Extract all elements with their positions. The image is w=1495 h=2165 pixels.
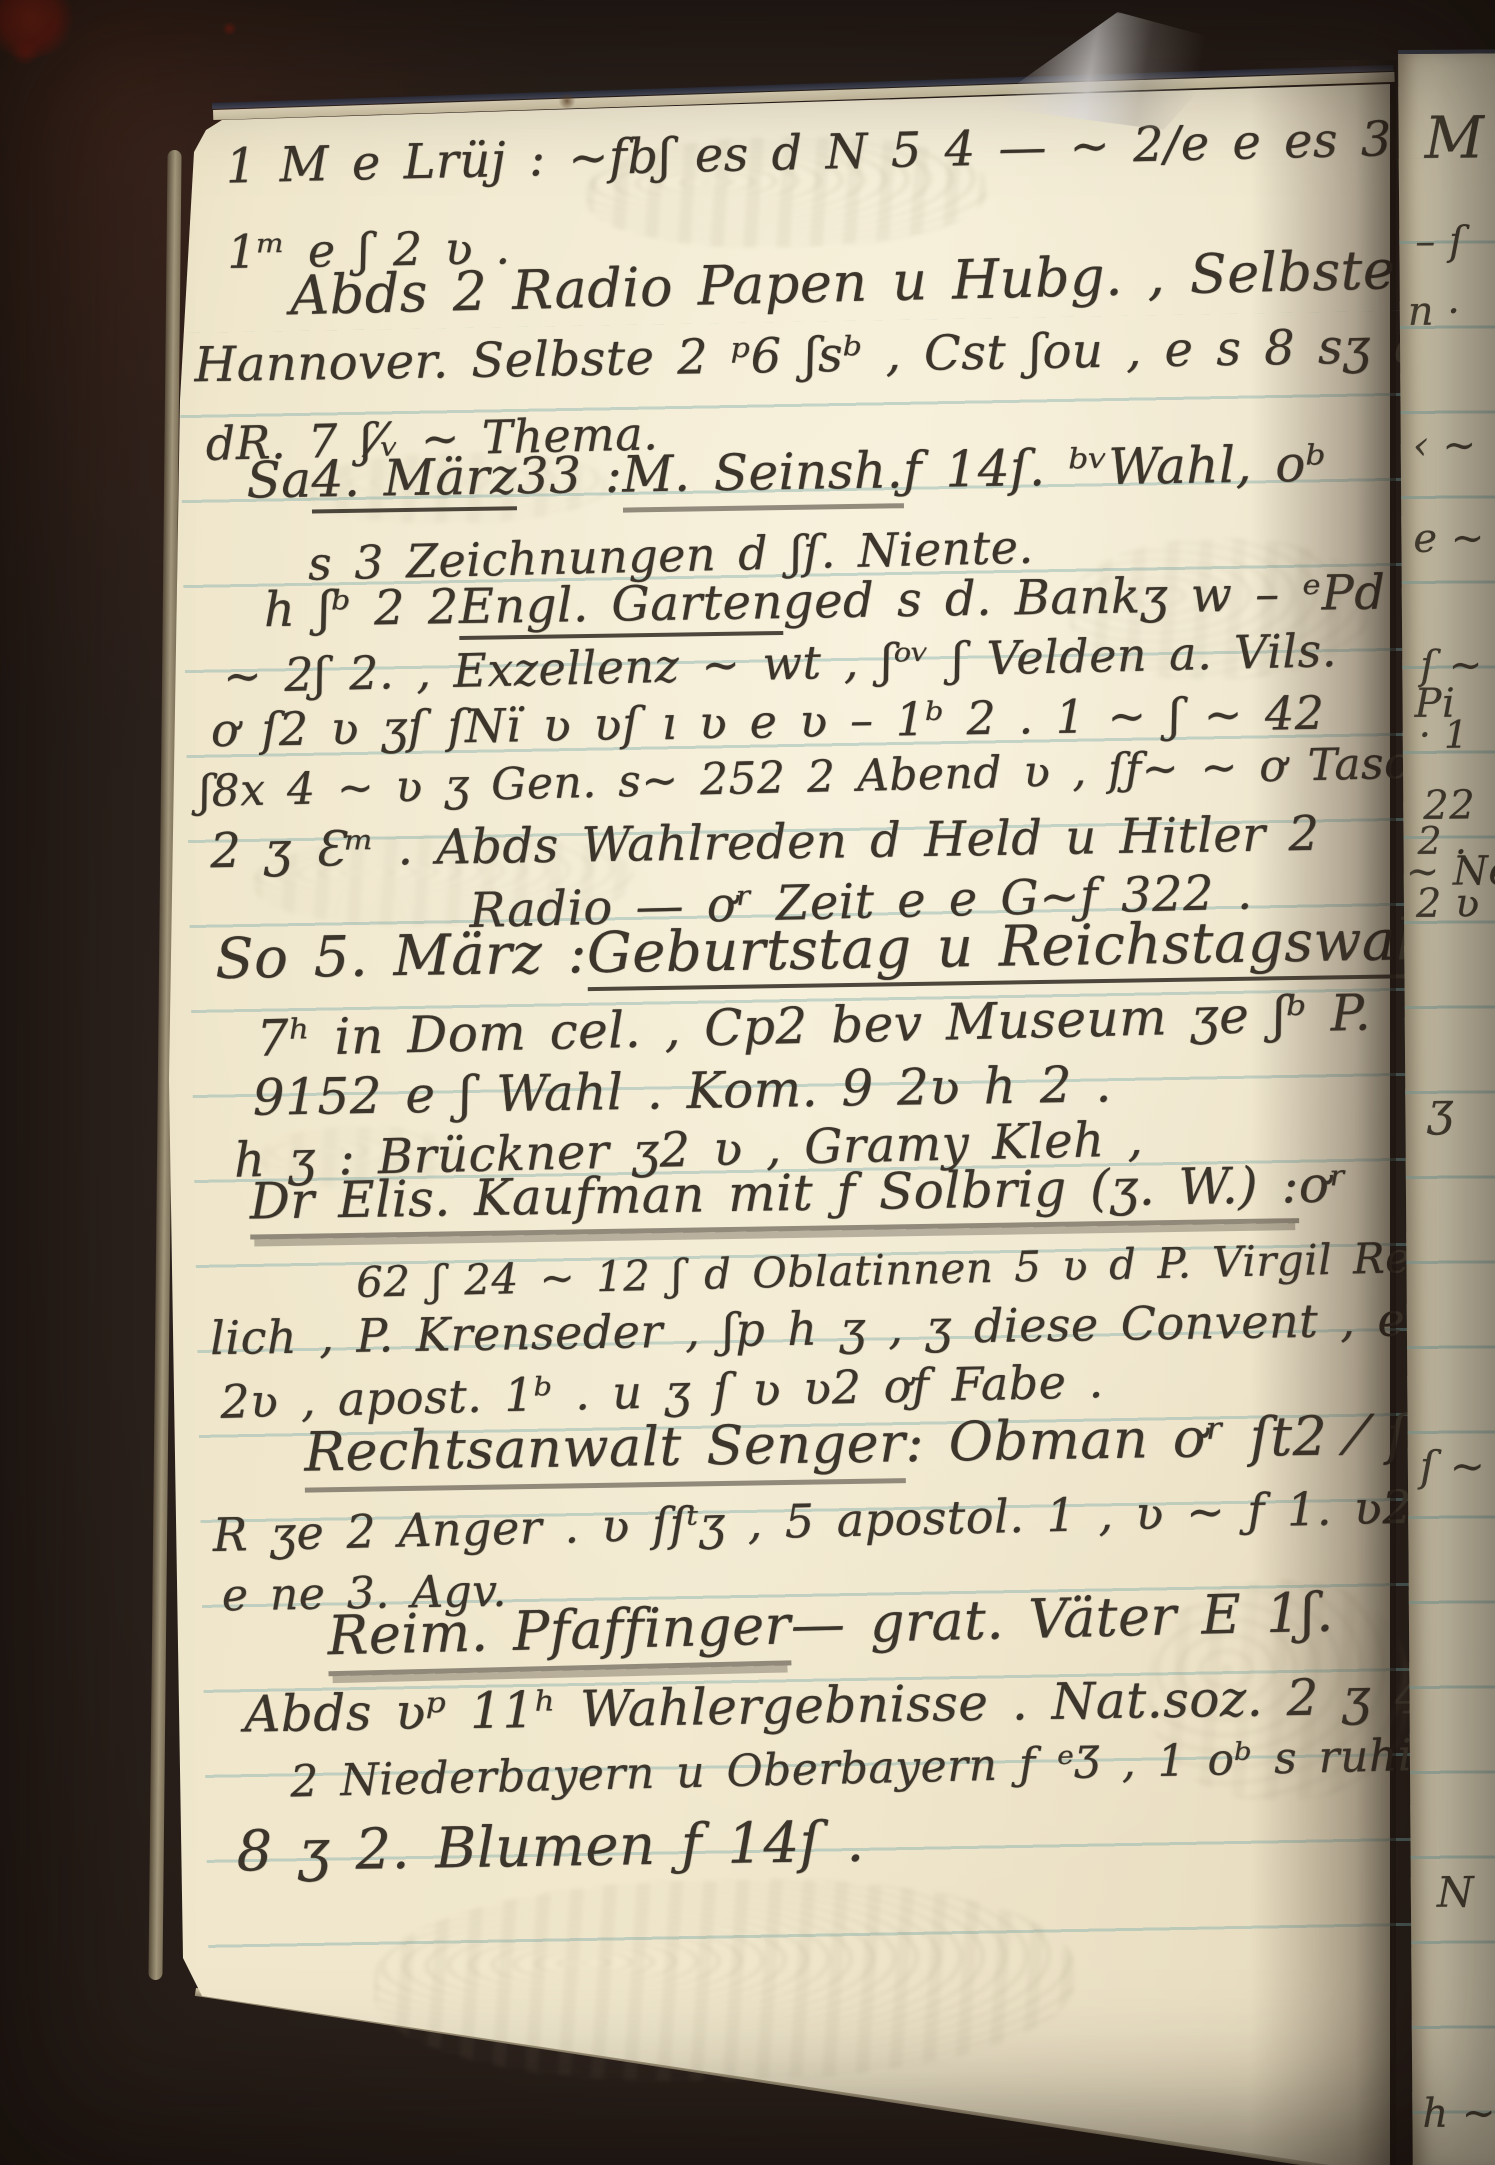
handwriting-fragment: h ~ (1422, 2093, 1495, 2134)
handwriting-text: 9152 e ʃ Wahl . Kom. 9 2ʋ h 2 . (252, 1059, 1112, 1122)
handwriting-text: So 5. März : (215, 926, 588, 988)
handwriting-fragment: – ſ (1415, 222, 1464, 262)
handwriting-text: Reim. Pfaffinger (327, 1598, 792, 1676)
handwriting-text: M. Seinsh. (622, 445, 904, 512)
handwriting-fragment: · 1 (1419, 716, 1469, 754)
red-stain (8, 40, 42, 64)
handwriting-fragment: M (1424, 108, 1484, 166)
handwriting-text: Engl. Garten (458, 578, 783, 640)
handwriting-text: 8 ʒ 2. Blumen ƒ 14ſ . (236, 1815, 865, 1881)
brown-speck (558, 94, 576, 108)
handwriting-text: 4. März (311, 451, 517, 513)
handwriting-fragment: 2 ʋ (1416, 883, 1480, 923)
binding-gutter-shadow (1250, 60, 1396, 2165)
handwriting-fragment: ‹ ~ (1413, 425, 1477, 465)
handwriting-fragment: e ~ (1413, 518, 1485, 558)
handwriting-line: 8 ʒ 2. Blumen ƒ 14ſ . (236, 1815, 865, 1881)
left-page-writing-layer: 1 M e Lrüj : ~fbʃ es d N 5 4 — ~ 2/e e e… (185, 106, 1435, 2038)
red-stain-dot (222, 22, 237, 35)
diary-right-page-sliver: M– ſn ·‹ ~e ~ſ ~Pi· 1222 .~ Ne2 ʋʒſ ~Nh … (1398, 49, 1495, 2165)
handwriting-fragment: ʒ (1427, 1086, 1454, 1132)
handwriting-line: 9152 e ʃ Wahl . Kom. 9 2ʋ h 2 . (252, 1059, 1112, 1122)
handwriting-text: h ʃᵇ 2 2 (263, 583, 459, 634)
handwriting-fragment: n · (1408, 292, 1461, 332)
handwriting-fragment: ſ ~ (1420, 1445, 1486, 1487)
handwriting-text: Sa (246, 454, 312, 505)
handwriting-fragment: N (1437, 1872, 1475, 1914)
handwriting-text: 33 : (516, 450, 622, 502)
notebook-photo: 1 M e Lrüj : ~fbʃ es d N 5 4 — ~ 2/e e e… (0, 0, 1495, 2165)
handwriting-text: Rechtsanwalt Senger (304, 1416, 906, 1492)
